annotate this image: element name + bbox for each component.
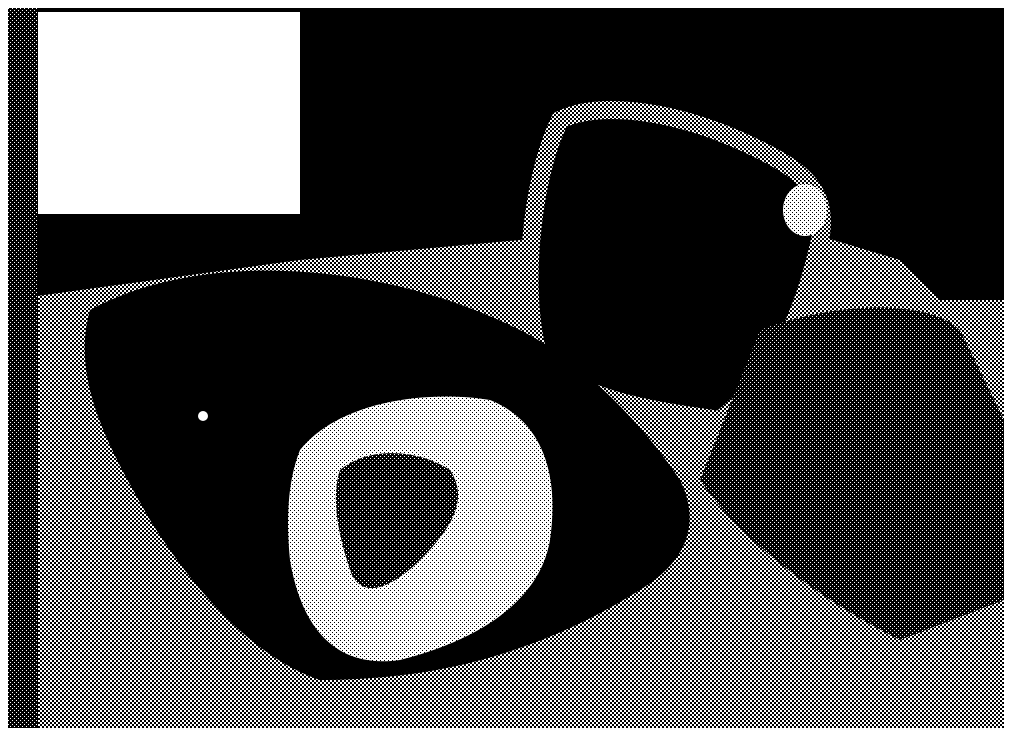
framed-object-knob [783,184,827,236]
halftone-photo [0,0,1024,732]
highlight-spot [198,411,208,421]
photo-canvas [0,0,1024,732]
white-patch [38,12,300,214]
